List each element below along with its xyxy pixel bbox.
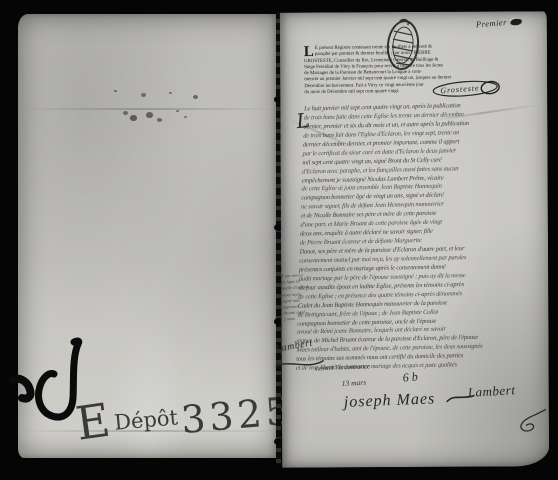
folio-annotation-text: Premier [476,17,508,29]
fee-mark-right: 6 b [402,369,418,385]
crease-line [18,108,279,110]
printed-drop-cap: L [304,46,314,58]
fee-mark-left: 13 mars [342,378,367,388]
manuscript-body: Le huit janvier mil sept cent quatre vin… [296,100,550,374]
left-page: EDépôt3325 [18,14,279,458]
register-scan: EDépôt3325 Premier L E présent Régistre … [0,0,558,480]
right-page: Premier L E présent Régistre contenant t… [280,11,549,467]
folio-annotation: Premier [476,16,523,29]
witness-signature: joseph Maes [344,390,436,412]
folio-flourish-icon [509,17,523,26]
archival-reference-prefix: E [73,397,111,447]
margin-note: X par renvoide ligne laquelle d'enclurem… [281,272,318,323]
archival-reference-word: Dépôt [113,405,179,434]
ink-specks [114,90,117,92]
corner-squiggle-icon [516,407,550,442]
priest-signature: Lambert [467,382,515,401]
